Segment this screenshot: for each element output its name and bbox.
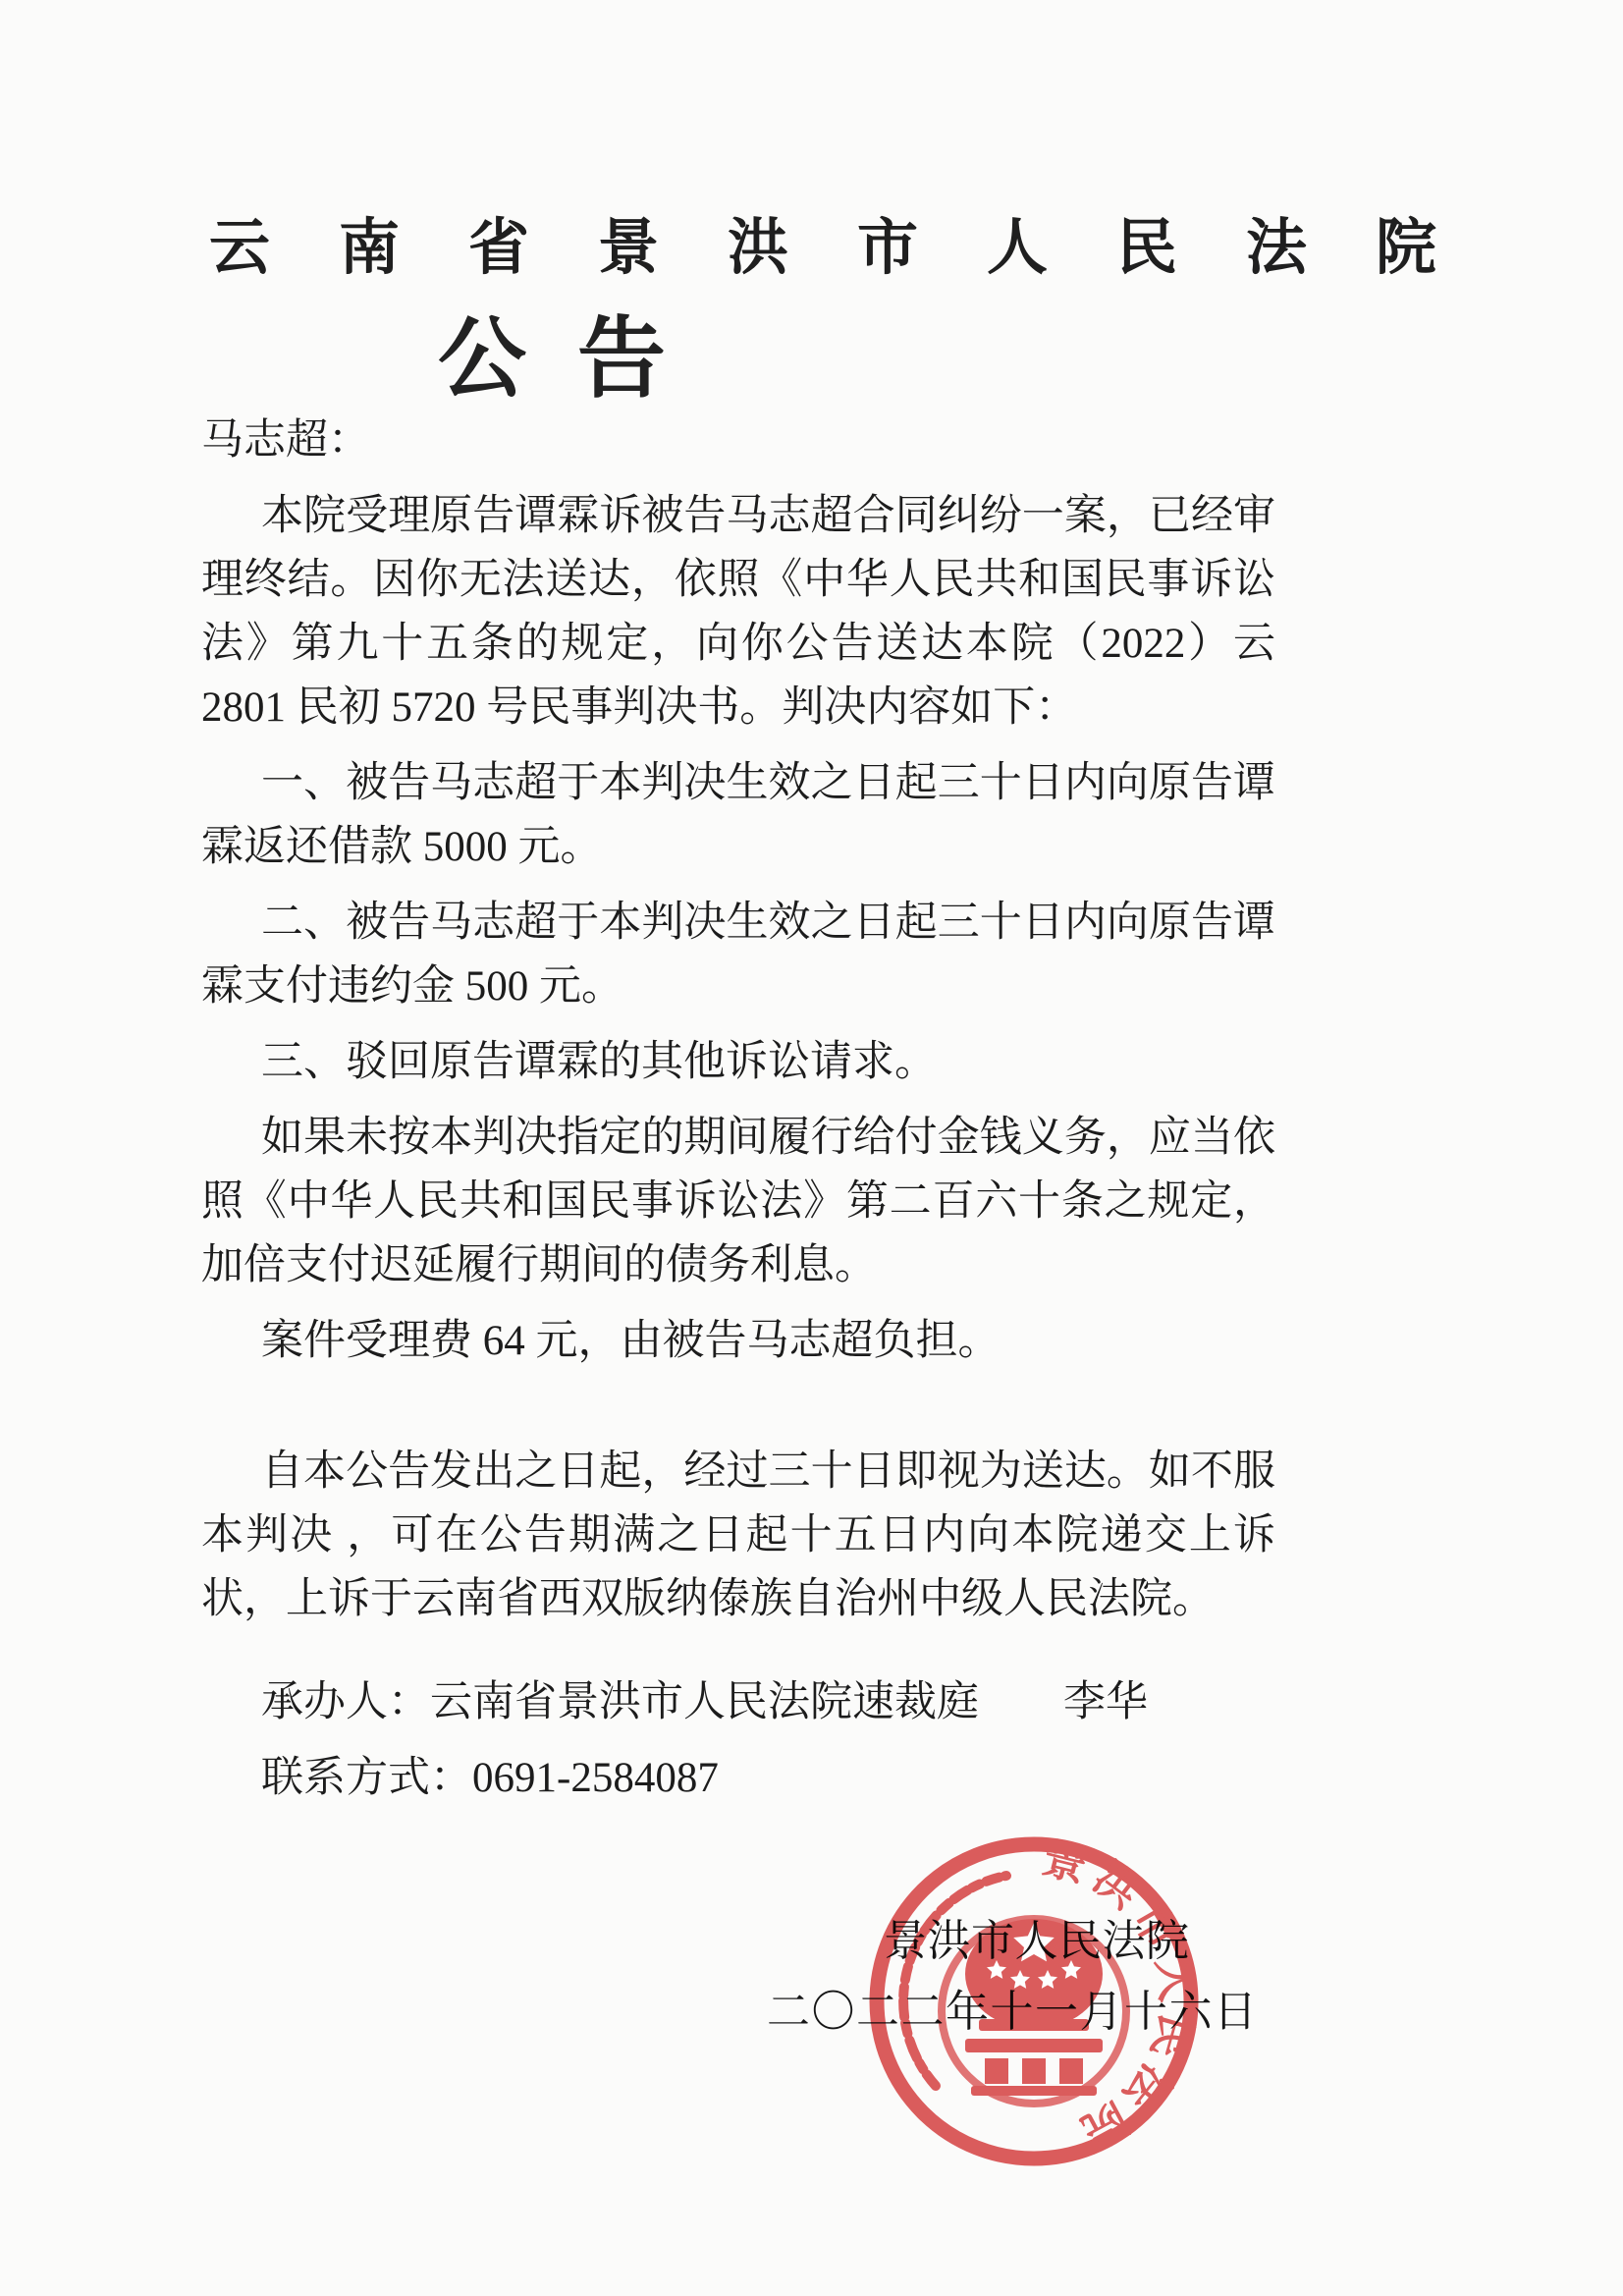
contact-handler-line: 承办人：云南省景洪市人民法院速裁庭 李华 xyxy=(201,1670,1275,1734)
paragraph-appeal-notice: 自本公告发出之日起，经过三十日即视为送达。如不服本判决 ，可在公告期满之日起十五… xyxy=(201,1440,1275,1631)
stamp-date: 二〇二二年十一月十六日 xyxy=(767,1980,1259,2044)
contact-phone-line: 联系方式：0691-2584087 xyxy=(201,1746,1275,1810)
judgment-item-1: 一、被告马志超于本判决生效之日起三十日内向原告谭霖返还借款 5000 元。 xyxy=(201,751,1275,879)
body-text: 马志超： 本院受理原告谭霖诉被告马志超合同纠纷一案，已经审理终结。因你无法送达，… xyxy=(201,409,1275,1810)
recipient-line: 马志超： xyxy=(201,409,1275,472)
paragraph-case-summary: 本院受理原告谭霖诉被告马志超合同纠纷一案，已经审理终结。因你无法送达，依照《中华… xyxy=(201,484,1275,739)
stamp-court-name: 景洪市人民法院 xyxy=(884,1909,1190,1973)
judgment-item-2: 二、被告马志超于本判决生效之日起三十日内向原告谭霖支付违约金 500 元。 xyxy=(201,891,1275,1018)
court-name-heading: 云南省景洪市人民法院 xyxy=(209,198,1505,286)
paragraph-court-fee: 案件受理费 64 元，由被告马志超负担。 xyxy=(201,1309,1275,1373)
judgment-item-3: 三、驳回原告谭霖的其他诉讼请求。 xyxy=(201,1030,1275,1094)
announcement-page: 云南省景洪市人民法院 公告 马志超： 本院受理原告谭霖诉被告马志超合同纠纷一案，… xyxy=(0,0,1623,2296)
paragraph-late-interest: 如果未按本判决指定的期间履行给付金钱义务，应当依照《中华人民共和国民事诉讼法》第… xyxy=(201,1106,1275,1297)
document-title: 公告 xyxy=(438,287,717,414)
